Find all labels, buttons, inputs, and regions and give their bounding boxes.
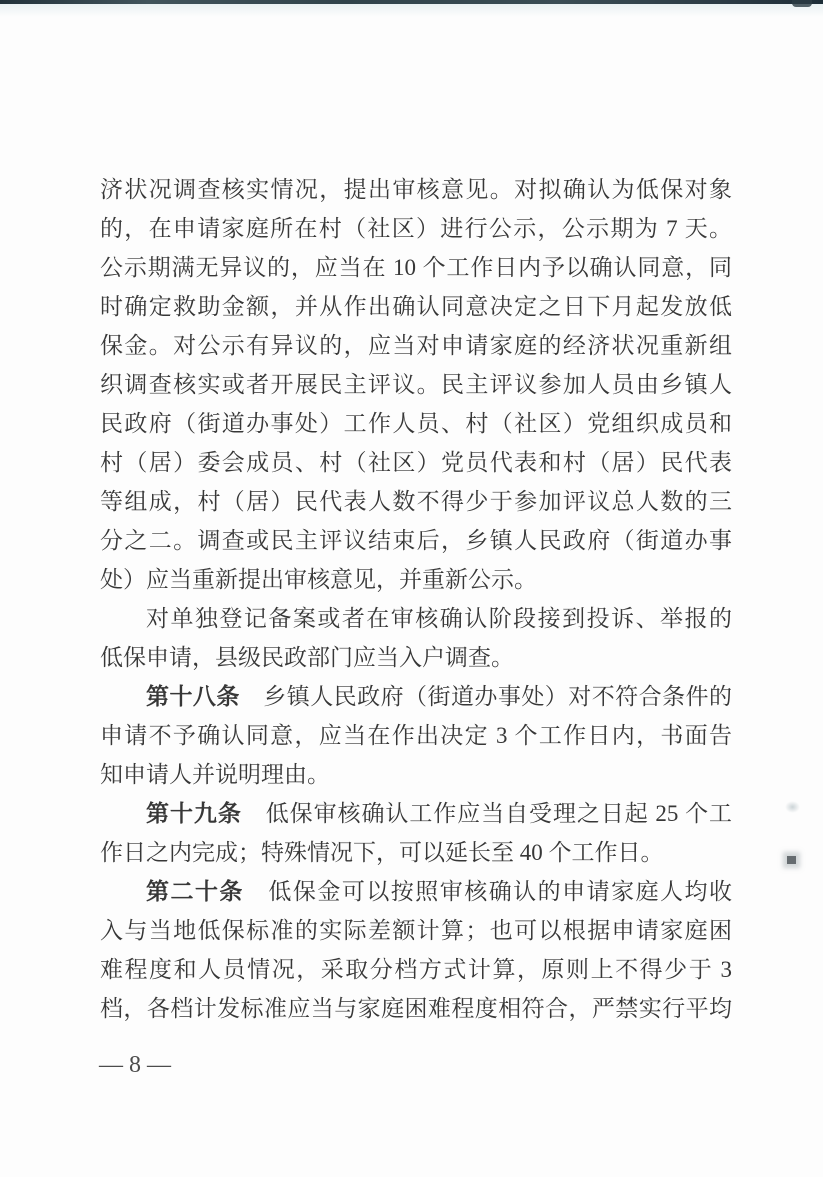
text-segment: 保金。对公示有异议的，应当对申请家庭的经济状况重新组 <box>100 333 732 358</box>
text-line: 第十八条 乡镇人民政府（街道办事处）对不符合条件的 <box>100 677 732 716</box>
text-line: 对单独登记备案或者在审核确认阶段接到投诉、举报的 <box>100 599 732 638</box>
text-line: 作日之内完成；特殊情况下，可以延长至 40 个工作日。 <box>100 833 732 872</box>
text-segment: 的，在申请家庭所在村（社区）进行公示，公示期为 7 天。 <box>100 216 732 241</box>
text-line: 处）应当重新提出审核意见，并重新公示。 <box>100 560 732 599</box>
text-segment: 民政府（街道办事处）工作人员、村（社区）党组织成员和 <box>100 411 732 436</box>
text-line: 等组成，村（居）民代表人数不得少于参加评议总人数的三 <box>100 482 732 521</box>
scan-smudge-light <box>785 801 800 813</box>
article-heading: 第十八条 <box>146 683 240 709</box>
text-segment: 乡镇人民政府（街道办事处）对不符合条件的 <box>240 684 732 709</box>
scan-top-edge-shadow <box>0 4 823 17</box>
text-segment: 作日之内完成；特殊情况下，可以延长至 40 个工作日。 <box>100 840 664 865</box>
text-segment: 入与当地低保标准的实际差额计算；也可以根据申请家庭困 <box>100 918 732 943</box>
text-line: 入与当地低保标准的实际差额计算；也可以根据申请家庭困 <box>100 911 732 950</box>
text-segment: 低保金可以按照审核确认的申请家庭人均收 <box>244 879 732 904</box>
text-segment: 村（居）委会成员、村（社区）党员代表和村（居）民代表 <box>100 450 732 475</box>
text-segment: 难程度和人员情况，采取分档方式计算，原则上不得少于 3 <box>100 957 732 982</box>
text-line: 难程度和人员情况，采取分档方式计算，原则上不得少于 3 <box>100 950 732 989</box>
text-segment: 低保审核确认工作应当自受理之日起 25 个工 <box>242 801 732 826</box>
text-line: 村（居）委会成员、村（社区）党员代表和村（居）民代表 <box>100 443 732 482</box>
text-segment: 织调查核实或者开展民主评议。民主评议参加人员由乡镇人 <box>100 372 732 397</box>
text-line: 民政府（街道办事处）工作人员、村（社区）党组织成员和 <box>100 404 732 443</box>
text-line: 知申请人并说明理由。 <box>100 755 732 794</box>
text-segment: 档，各档计发标准应当与家庭困难程度相符合，严禁实行平均 <box>100 996 732 1021</box>
scan-top-right-mark <box>792 0 812 7</box>
text-segment: 处）应当重新提出审核意见，并重新公示。 <box>100 567 537 592</box>
text-line: 第二十条 低保金可以按照审核确认的申请家庭人均收 <box>100 872 732 911</box>
text-segment: 低保申请，县级民政部门应当入户调查。 <box>100 645 514 670</box>
text-line: 档，各档计发标准应当与家庭困难程度相符合，严禁实行平均 <box>100 989 732 1028</box>
text-segment: 分之二。调查或民主评议结束后，乡镇人民政府（街道办事 <box>100 528 732 553</box>
text-segment: 对单独登记备案或者在审核确认阶段接到投诉、举报的 <box>146 606 732 631</box>
article-heading: 第十九条 <box>146 800 242 826</box>
scanned-document-page: 济状况调查核实情况，提出审核意见。对拟确认为低保对象的，在申请家庭所在村（社区）… <box>0 0 823 1177</box>
text-line: 分之二。调查或民主评议结束后，乡镇人民政府（街道办事 <box>100 521 732 560</box>
text-line: 申请不予确认同意，应当在作出决定 3 个工作日内，书面告 <box>100 716 732 755</box>
text-segment: 等组成，村（居）民代表人数不得少于参加评议总人数的三 <box>100 489 732 514</box>
scan-smudge-dark <box>787 856 796 864</box>
text-line: 时确定救助金额，并从作出确认同意决定之日下月起发放低 <box>100 287 732 326</box>
text-line: 公示期满无异议的，应当在 10 个工作日内予以确认同意，同 <box>100 248 732 287</box>
text-segment: 济状况调查核实情况，提出审核意见。对拟确认为低保对象 <box>100 177 732 202</box>
text-block: 济状况调查核实情况，提出审核意见。对拟确认为低保对象的，在申请家庭所在村（社区）… <box>100 170 732 1028</box>
text-segment: 申请不予确认同意，应当在作出决定 3 个工作日内，书面告 <box>100 723 732 748</box>
text-line: 济状况调查核实情况，提出审核意见。对拟确认为低保对象 <box>100 170 732 209</box>
text-line: 的，在申请家庭所在村（社区）进行公示，公示期为 7 天。 <box>100 209 732 248</box>
text-line: 保金。对公示有异议的，应当对申请家庭的经济状况重新组 <box>100 326 732 365</box>
text-segment: 知申请人并说明理由。 <box>100 762 330 787</box>
text-line: 第十九条 低保审核确认工作应当自受理之日起 25 个工 <box>100 794 732 833</box>
text-line: 低保申请，县级民政部门应当入户调查。 <box>100 638 732 677</box>
text-segment: 时确定救助金额，并从作出确认同意决定之日下月起发放低 <box>100 294 732 319</box>
footer-page-number: — 8 — <box>99 1048 171 1082</box>
text-line: 织调查核实或者开展民主评议。民主评议参加人员由乡镇人 <box>100 365 732 404</box>
article-heading: 第二十条 <box>146 878 244 904</box>
text-segment: 公示期满无异议的，应当在 10 个工作日内予以确认同意，同 <box>100 255 732 280</box>
